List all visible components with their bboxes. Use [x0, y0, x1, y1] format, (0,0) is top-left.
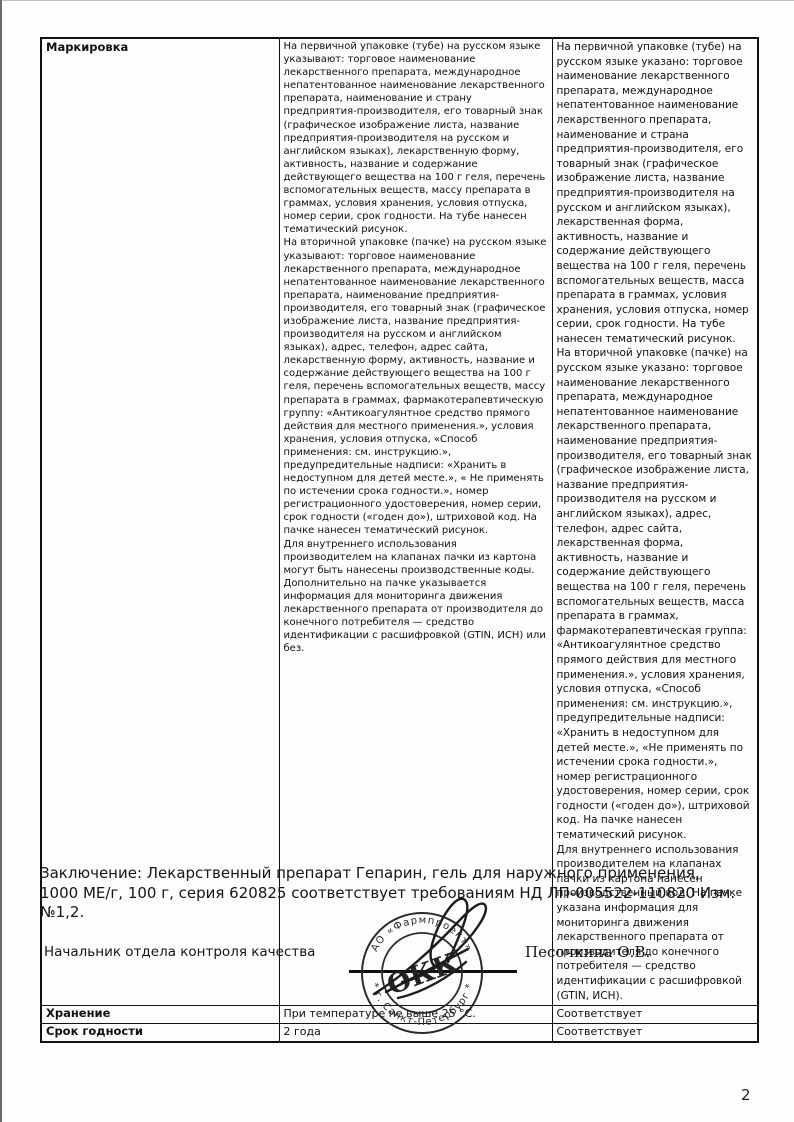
- scan-edge-artifact: [0, 0, 794, 1]
- requirement-paragraph: Для внутреннего использования производит…: [284, 538, 548, 656]
- requirement-paragraph: На вторичной упаковке (пачке) на русском…: [284, 236, 548, 537]
- round-stamp: АО «Фармпроект» * г. Санкт-Петербург * О…: [330, 890, 530, 1060]
- row-label: Хранение: [41, 1006, 279, 1024]
- row-label: Срок годности: [41, 1024, 279, 1043]
- result-paragraph: На первичной упаковке (тубе) на русском …: [557, 40, 754, 346]
- signatory-role-label: Начальник отдела контроля качества: [44, 944, 315, 960]
- marking-result-cell: На первичной упаковке (тубе) на русском …: [552, 38, 758, 1006]
- result-paragraph: На вторичной упаковке (пачке) на русском…: [557, 346, 754, 842]
- marking-requirement-cell: На первичной упаковке (тубе) на русском …: [279, 38, 552, 1006]
- scanned-document-page: Маркировка На первичной упаковке (тубе) …: [0, 0, 794, 1122]
- signatory-name: Песочкина О.В.: [525, 943, 650, 961]
- table-row-marking: Маркировка На первичной упаковке (тубе) …: [41, 38, 758, 1006]
- storage-result-cell: Соответствует: [552, 1006, 758, 1024]
- page-number: 2: [741, 1086, 751, 1104]
- requirement-paragraph: На первичной упаковке (тубе) на русском …: [284, 40, 548, 236]
- row-label: Маркировка: [41, 38, 279, 1006]
- shelf-life-result-cell: Соответствует: [552, 1024, 758, 1043]
- scan-edge-artifact: [0, 0, 2, 1122]
